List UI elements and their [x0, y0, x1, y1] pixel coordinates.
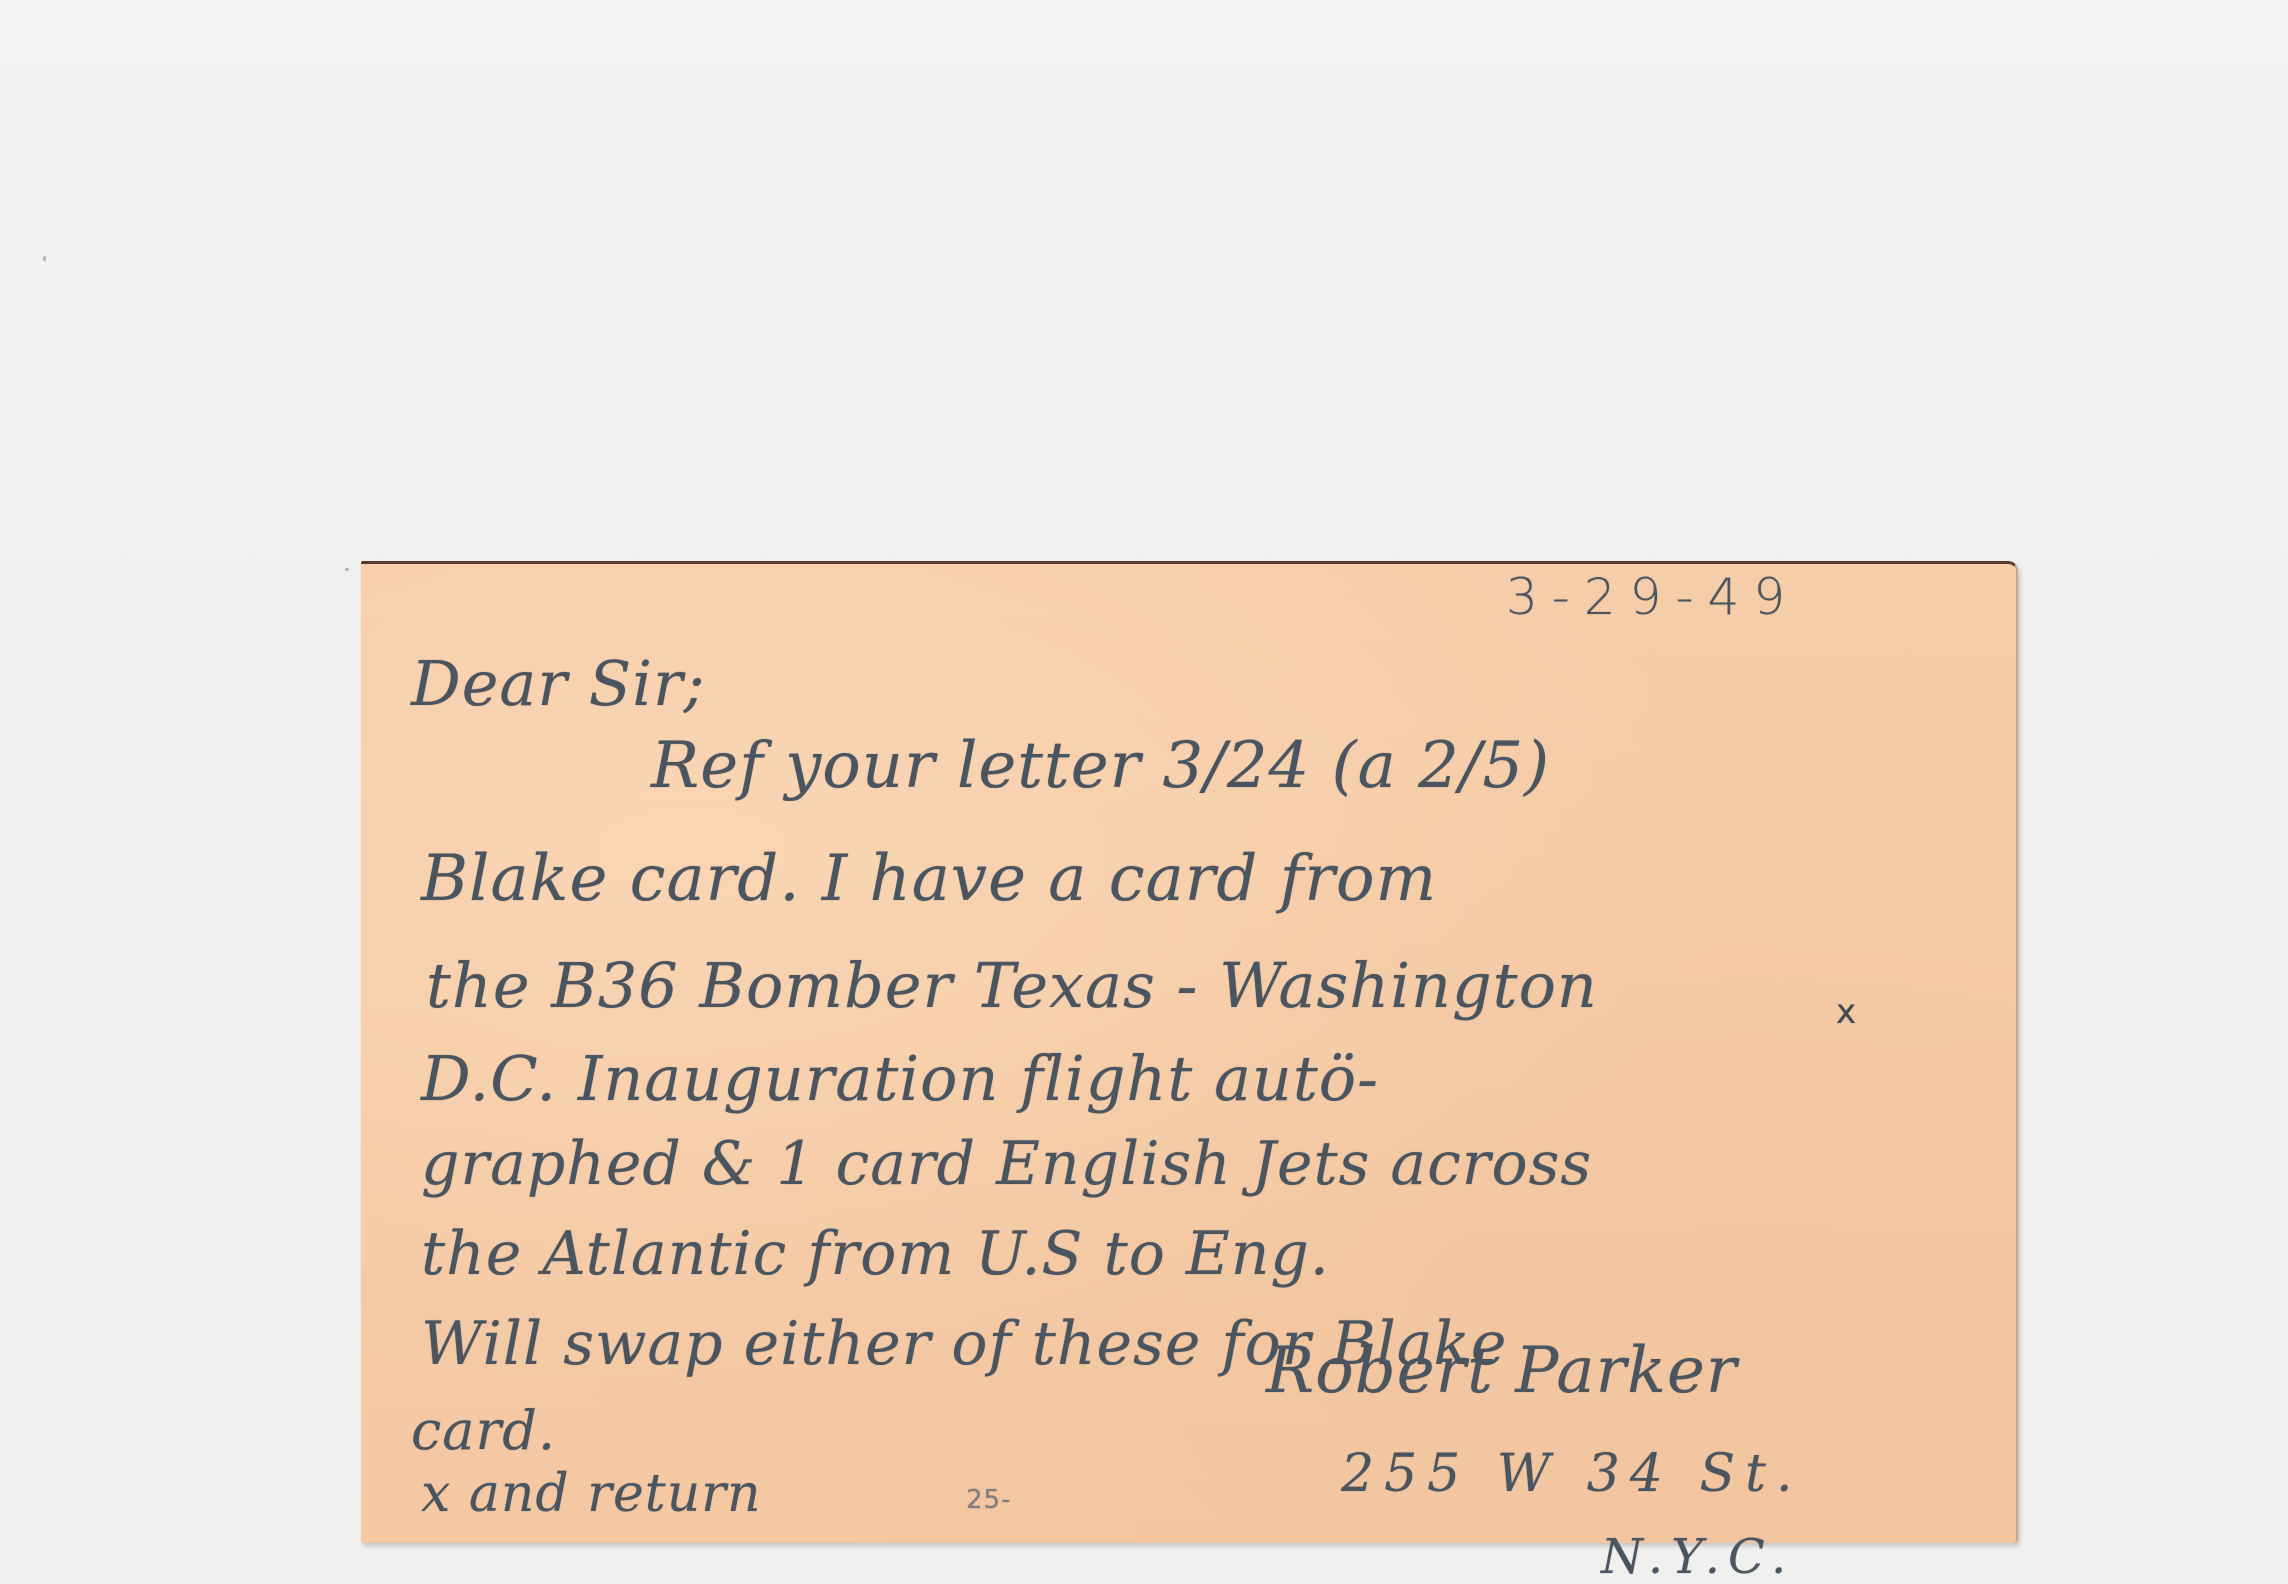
card-date: 3-29-49: [1506, 568, 1799, 626]
greeting: Dear Sir;: [411, 647, 706, 720]
pencil-price-note: 25-: [966, 1485, 1011, 1515]
body-line-2: Blake card. I have a card from: [421, 842, 1437, 916]
dust-speck: [345, 568, 349, 571]
insertion-mark-icon: x: [1836, 992, 1857, 1032]
body-line-8: card.: [411, 1399, 556, 1462]
body-line-5: graphed & 1 card English Jets across: [421, 1129, 1592, 1199]
signature: Robert Parker: [1266, 1334, 1737, 1408]
body-line-6: the Atlantic from U.S to Eng.: [421, 1219, 1330, 1289]
body-line-3: the B36 Bomber Texas - Washington: [426, 949, 1598, 1022]
postscript-note: x and return: [421, 1464, 762, 1524]
dust-speck: [43, 256, 46, 261]
body-line-4: D.C. Inauguration flight autö-: [421, 1042, 1379, 1115]
body-line-1: Ref your letter 3/24 (a 2/5): [651, 729, 1550, 803]
address-street: 255 W 34 St.: [1341, 1444, 1803, 1504]
address-city: N.Y.C.: [1601, 1529, 1794, 1584]
postcard: 3-29-49 Dear Sir; Ref your letter 3/24 (…: [361, 561, 2018, 1543]
